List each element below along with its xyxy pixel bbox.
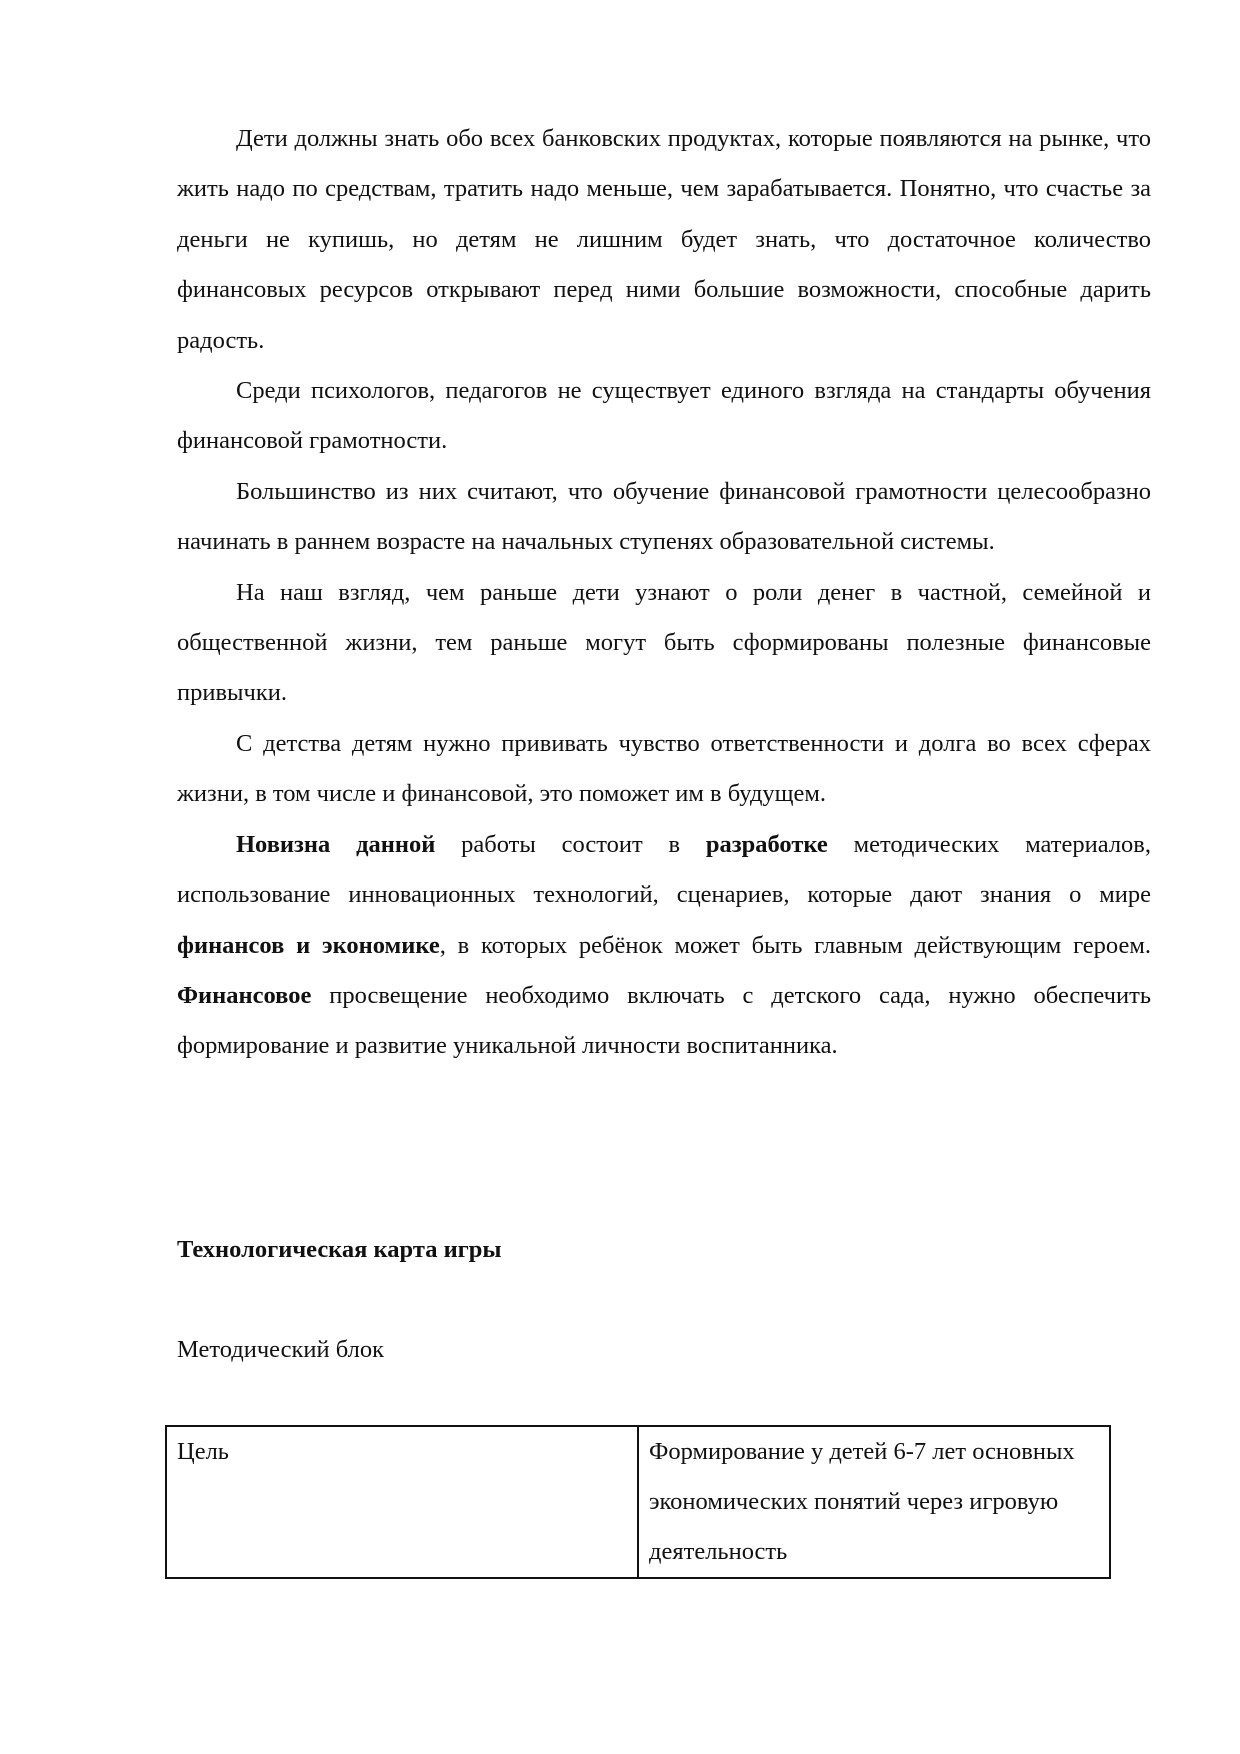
section-subheading: Методический блок (177, 1325, 384, 1375)
table-row: Цель Формирование у детей 6-7 лет основн… (166, 1426, 1110, 1578)
table-cell-label: Цель (166, 1426, 638, 1578)
paragraph-text: Дети должны знать обо всех банковских пр… (177, 125, 1151, 354)
paragraph-text: работы состоит в (435, 831, 706, 858)
novelty-paragraph: Новизна данной работы состоит в разработ… (177, 820, 1151, 1072)
bold-text: разработке (706, 831, 828, 858)
paragraph-text: Среди психологов, педагогов не существуе… (177, 377, 1151, 454)
tech-map-table: Цель Формирование у детей 6-7 лет основн… (165, 1425, 1111, 1579)
bold-text: Новизна данной (236, 831, 435, 858)
paragraph-text: просвещение необходимо включать с детско… (177, 982, 1151, 1059)
paragraph: Дети должны знать обо всех банковских пр… (177, 114, 1151, 366)
paragraph: На наш взгляд, чем раньше дети узнают о … (177, 568, 1151, 719)
bold-text: Финансовое (177, 982, 311, 1009)
paragraph: С детства детям нужно прививать чувство … (177, 719, 1151, 820)
paragraph-text: С детства детям нужно прививать чувство … (177, 730, 1151, 807)
paragraph-text: На наш взгляд, чем раньше дети узнают о … (177, 579, 1151, 707)
paragraph: Среди психологов, педагогов не существуе… (177, 366, 1151, 467)
paragraph-text: Большинство из них считают, что обучение… (177, 478, 1151, 555)
section-heading: Технологическая карта игры (177, 1225, 502, 1275)
paragraph: Большинство из них считают, что обучение… (177, 467, 1151, 568)
table-cell-value: Формирование у детей 6-7 лет основных эк… (638, 1426, 1110, 1578)
paragraph-text: , в которых ребёнок может быть главным д… (440, 932, 1151, 959)
document-page: Дети должны знать обо всех банковских пр… (0, 0, 1240, 1754)
body-text: Дети должны знать обо всех банковских пр… (177, 114, 1151, 1072)
bold-text: финансов и экономике (177, 932, 440, 959)
